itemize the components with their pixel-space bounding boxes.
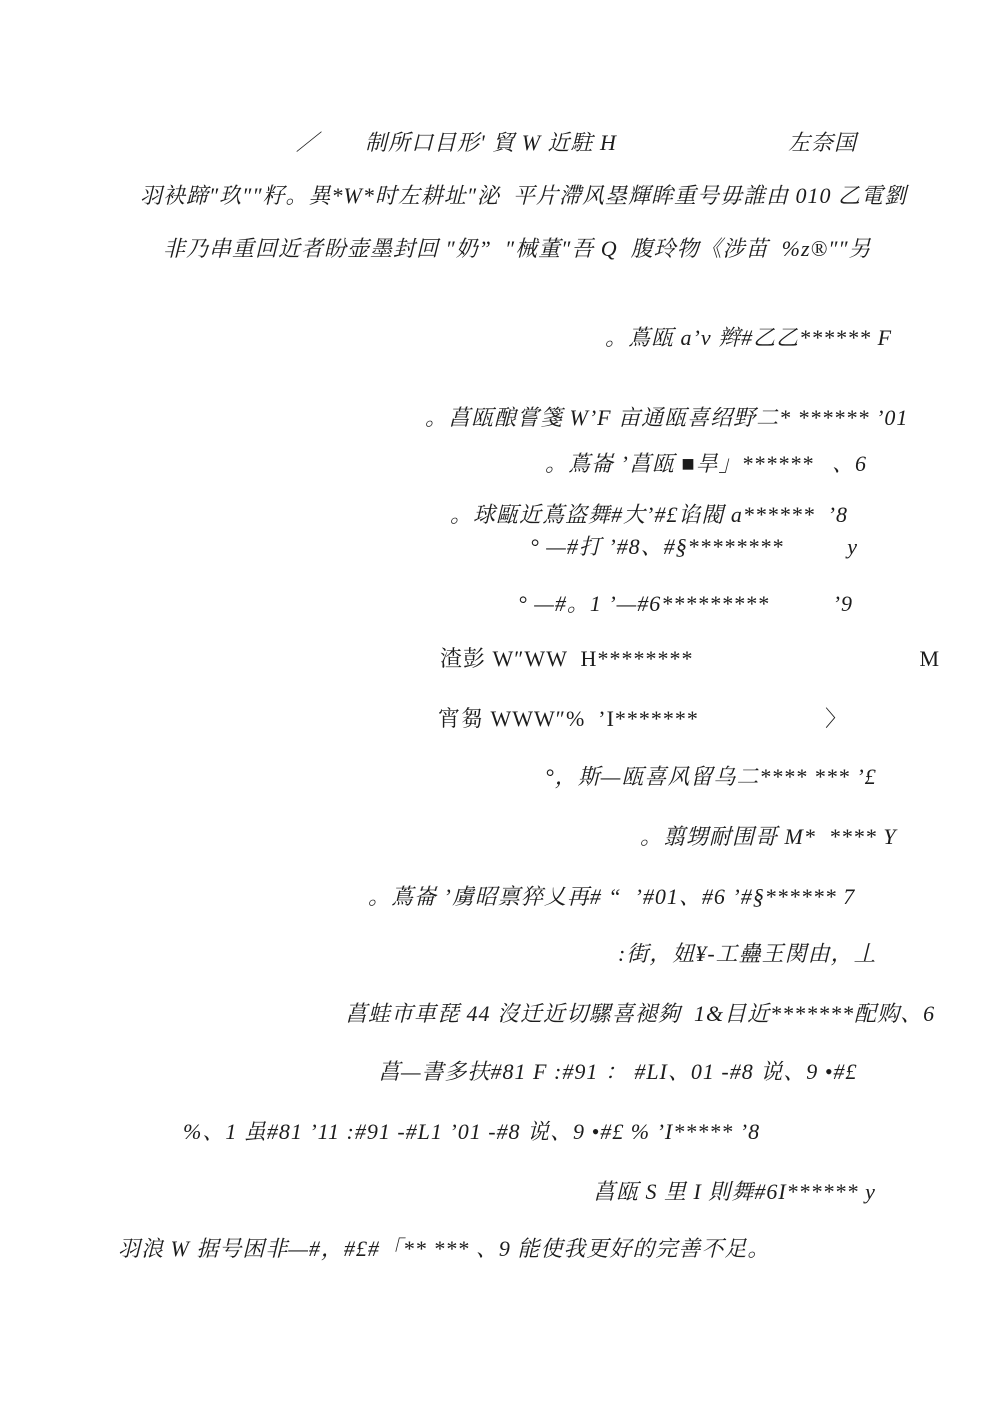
toc-entry-page: ’9 bbox=[833, 592, 853, 616]
toc-entry: 。菖瓯酿嘗箋 W’F 亩通瓯喜绍野二* ****** ’01 bbox=[425, 406, 908, 430]
text-line: 菖—書多扶#81 F :#91 ： #LI、01 -#8 说、9 •#£ bbox=[378, 1060, 857, 1084]
text-line: 非乃串重回近者盼壶墨封回 ″奶” ″械董″吾 Q 腹玲物《涉苗 %z®″″另 bbox=[163, 237, 872, 261]
toc-entry-text: 。球甌近蔦盗舞#大’#£谄閥 a****** bbox=[450, 503, 815, 527]
text-line: 菖蛙市車琵 44 沒迁近切騾喜褪夠 1&目近*******配购、6 bbox=[345, 1002, 935, 1026]
toc-entry: ° —#。1 ’—#6********* ’9 bbox=[518, 592, 853, 616]
toc-entry-page: M bbox=[919, 647, 940, 671]
toc-entry: 。球甌近蔦盗舞#大’#£谄閥 a****** ’8 bbox=[450, 503, 848, 527]
text-line: %、1 虽#81 ’11 :#91 -#L1 ’01 -#8 说、9 •#£ %… bbox=[183, 1120, 760, 1144]
scanned-document-page: ／ 制所口目形' 貿 W 近駐 H 左奈国 羽袂蹄″玖″″籽。異*W*时左耕址″… bbox=[0, 0, 1000, 1415]
toc-entry-text: 宵芻 WWW″% ’I******* bbox=[438, 707, 699, 731]
toc-entry: 渣彭 W″WW H******** M bbox=[440, 647, 940, 671]
toc-entry: 。蔦瓯 a’v 辫#乙乙****** F bbox=[605, 326, 892, 350]
toc-entry-text: ° —#打 ’#8、#§******** bbox=[530, 535, 784, 559]
page-title: 制所口目形' 貿 W 近駐 H bbox=[365, 131, 617, 155]
toc-entry-page: ’8 bbox=[828, 503, 848, 527]
toc-entry: ° —#打 ’#8、#§******** y bbox=[530, 535, 858, 559]
text-line: :街，妞¥-工蠱王関由，丄 bbox=[618, 942, 877, 966]
header-slash-mark: ／ bbox=[296, 131, 319, 155]
toc-entry-page: 、6 bbox=[832, 452, 867, 476]
toc-entry: 菖瓯 S 里 I 則舞#6I****** y bbox=[593, 1180, 876, 1204]
toc-entry-page: 〉 bbox=[825, 707, 848, 731]
text-line: 羽浪 W 据号困非—#，#£#「** *** 、9 能使我更好的完善不足。 bbox=[118, 1237, 770, 1261]
toc-entry: 。蔦崙 ’虜昭禀猝乂再# “ ’#01、#6 ’#§****** 7 bbox=[368, 885, 855, 909]
toc-entry-page: y bbox=[847, 535, 858, 559]
toc-entry: °，斯—瓯喜风留乌二**** *** ’£ bbox=[545, 765, 877, 789]
toc-entry-text: 渣彭 W″WW H******** bbox=[440, 647, 693, 671]
toc-entry: 。蔦崙 ’菖瓯 ■旱」****** 、6 bbox=[545, 452, 867, 476]
toc-entry: 。翦甥耐围哥 M* **** Y bbox=[640, 825, 897, 849]
toc-entry-text: ° —#。1 ’—#6********* bbox=[518, 592, 769, 616]
header-right-text: 左奈国 bbox=[788, 131, 857, 155]
toc-entry: 宵芻 WWW″% ’I******* 〉 bbox=[438, 707, 848, 731]
toc-entry-text: 。蔦崙 ’菖瓯 ■旱」****** bbox=[545, 452, 814, 476]
text-line: 羽袂蹄″玖″″籽。異*W*时左耕址″泌 平片滯风塁輝眸重号毋誰由 010 乙電劉 bbox=[140, 184, 907, 208]
